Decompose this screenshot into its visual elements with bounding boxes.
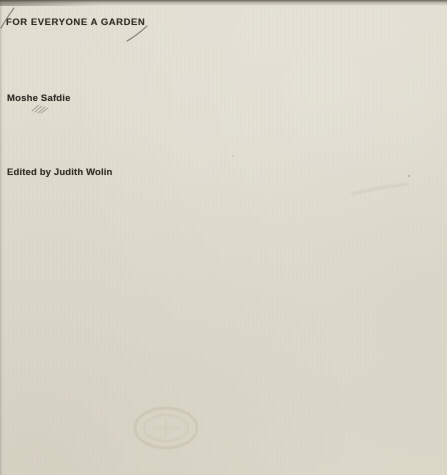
scan-top-edge-shadow — [0, 0, 447, 6]
author-name: Moshe Safdie — [7, 93, 71, 105]
stamp-outer-oval-icon — [135, 408, 197, 448]
stamp-center-marks-icon — [154, 420, 179, 436]
stamp-inner-oval-icon — [144, 415, 188, 441]
pencil-scribble-icon — [32, 105, 48, 113]
scan-left-edge-shadow — [0, 0, 3, 475]
ink-speck-icon — [408, 175, 410, 177]
book-title: FOR EVERYONE A GARDEN — [6, 17, 145, 29]
stamp-arc-text-trace-icon — [150, 442, 183, 446]
scanned-book-title-page: FOR EVERYONE A GARDEN Moshe Safdie Edite… — [0, 0, 447, 475]
stamp-arc-text-trace-icon — [150, 411, 183, 415]
embossed-stamp — [135, 408, 197, 448]
editor-credit: Edited by Judith Wolin — [7, 167, 113, 179]
scratch-mark-icon — [352, 184, 408, 194]
scan-marks-overlay — [0, 0, 447, 475]
ink-speck-icon — [232, 155, 234, 157]
